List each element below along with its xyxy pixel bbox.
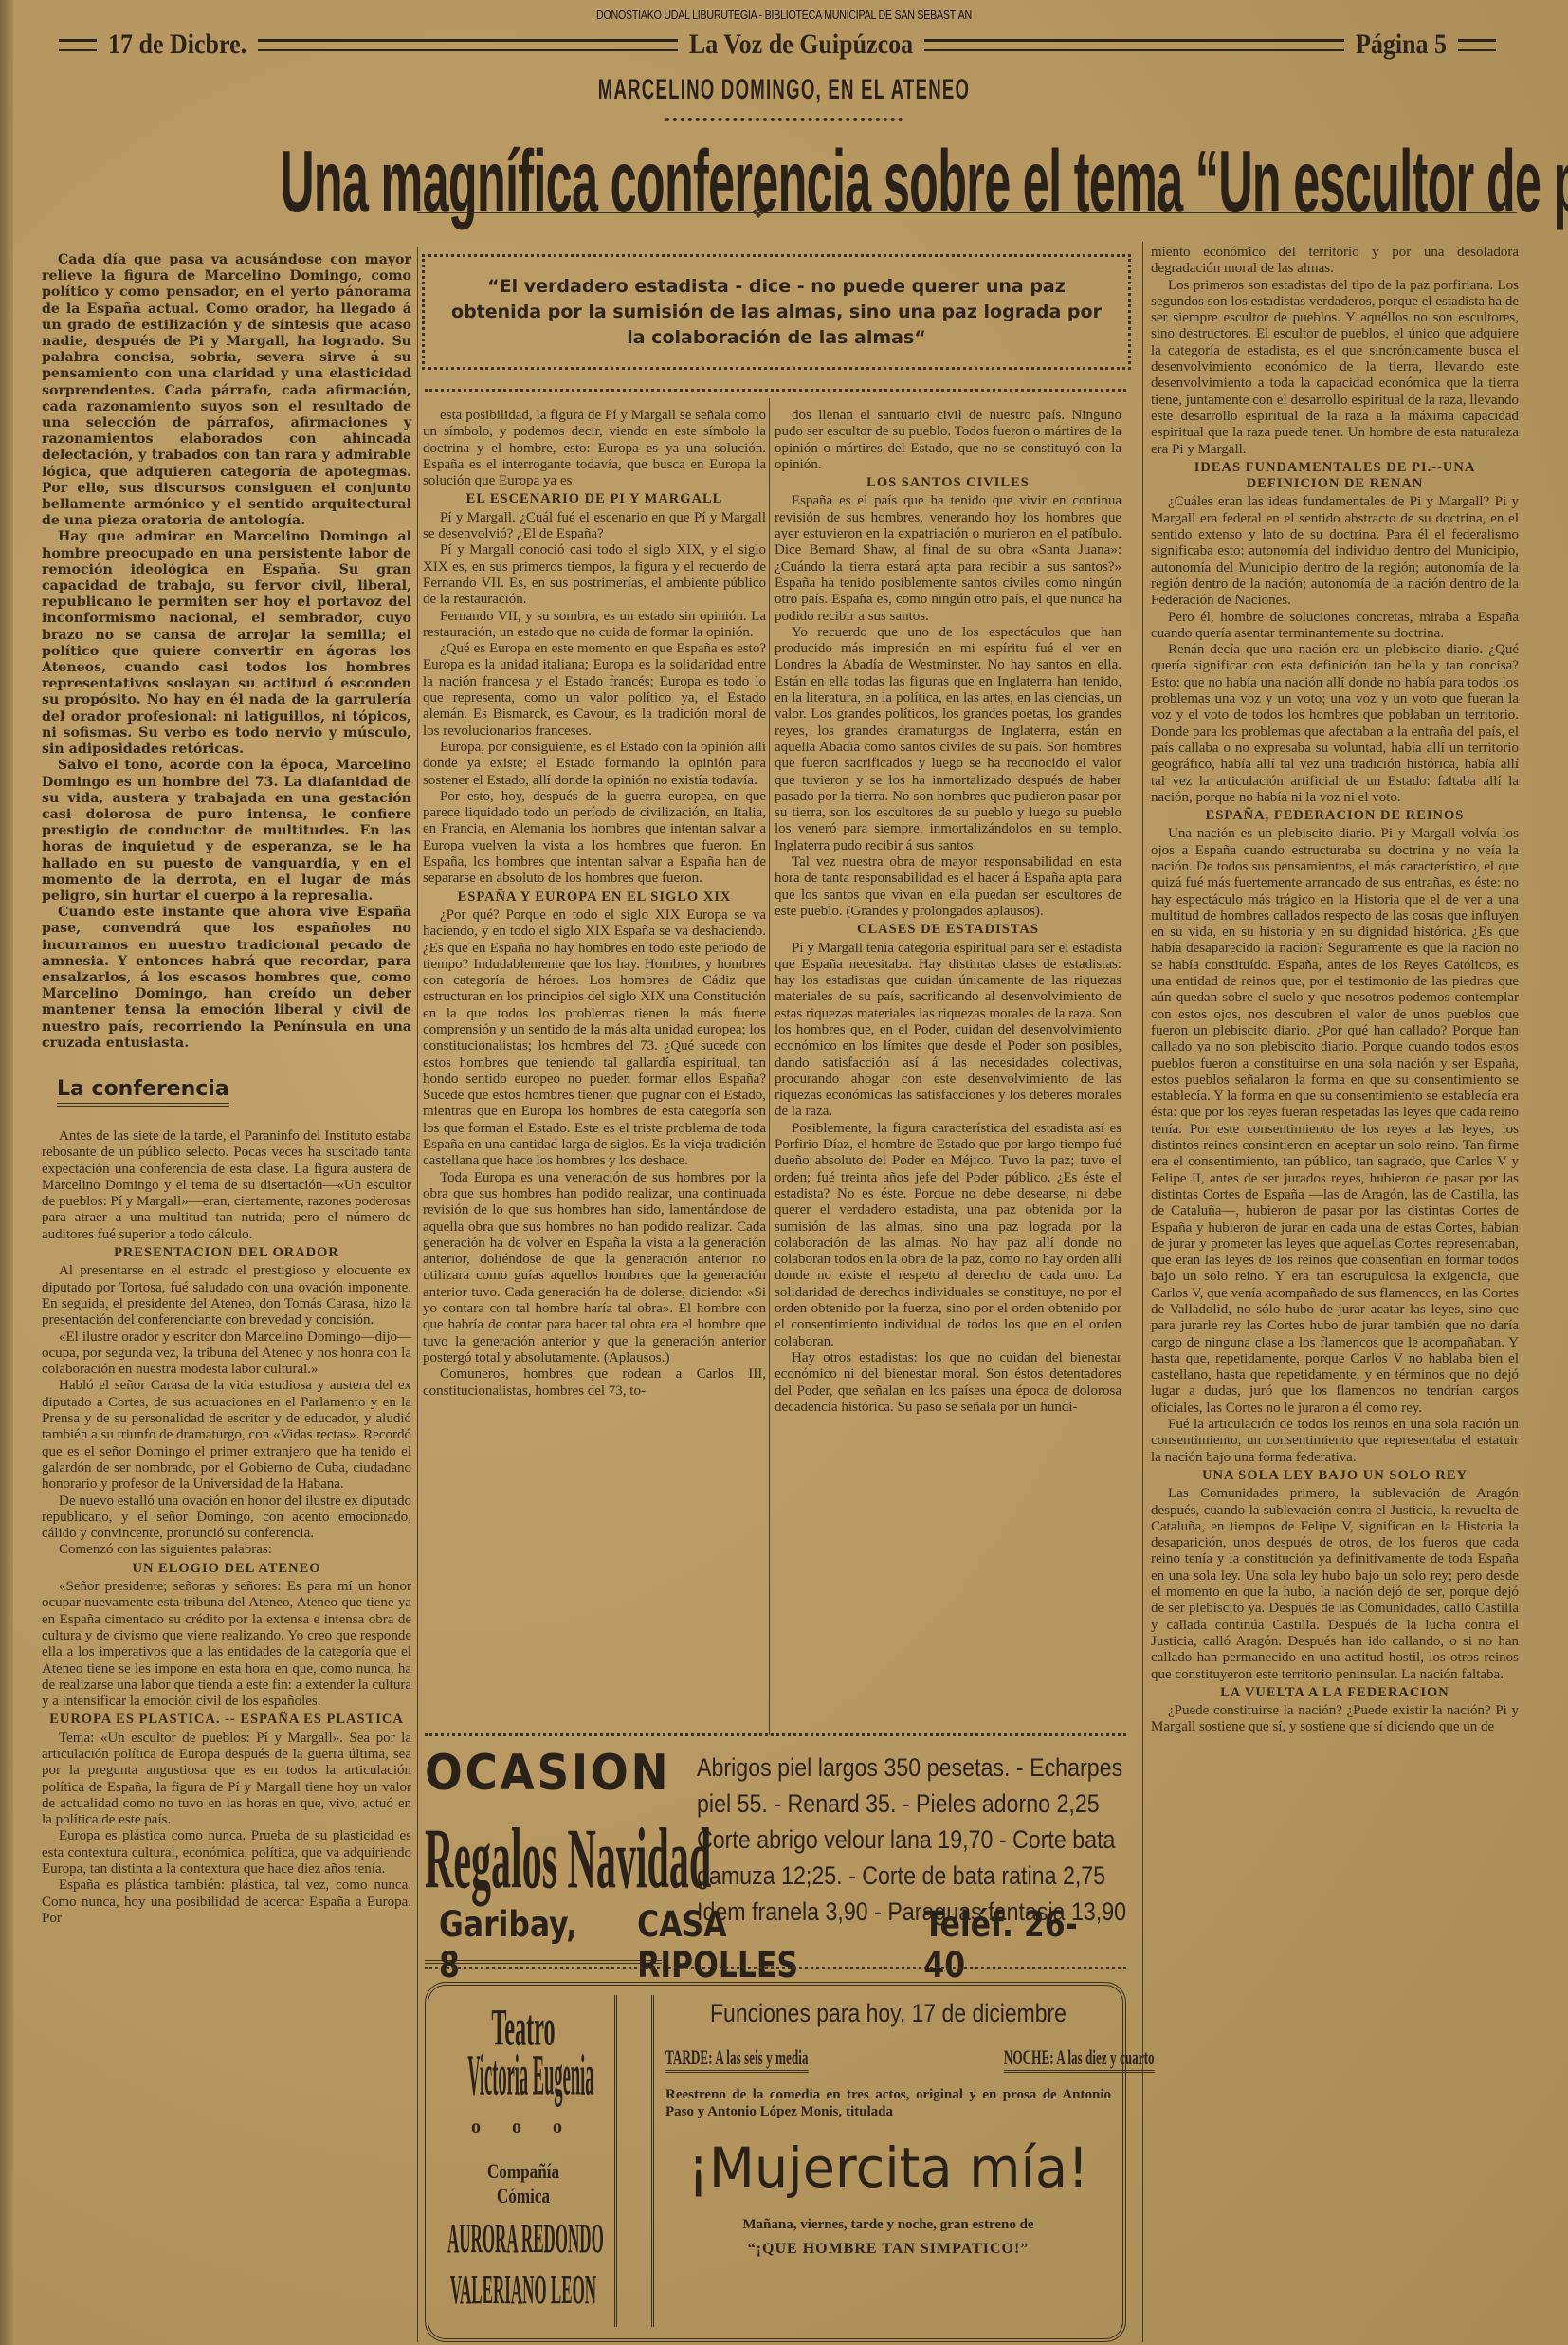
paragraph: Comuneros, hombres que rodean a Carlos I… [423, 1366, 766, 1400]
paragraph: España es plástica también: plástica, ta… [42, 1878, 411, 1927]
paragraph: «El ilustre orador y escritor don Marcel… [42, 1329, 411, 1379]
paragraph: ¿Puede constituirse la nación? ¿Puede ex… [1151, 1703, 1519, 1736]
masthead: 17 de Dicbre. La Voz de Guipúzcoa Página… [47, 30, 1507, 59]
paragraph: Posiblemente, la figura característica d… [775, 1121, 1121, 1350]
paragraph: Tema: «Un escultor de pueblos: Pí y Marg… [42, 1731, 411, 1829]
masthead-newspaper: La Voz de Guipúzcoa [689, 28, 913, 62]
paragraph: Habló el señor Carasa de la vida estudio… [42, 1378, 411, 1493]
ornament-icon: ❖ [751, 203, 766, 223]
pull-quote: “El verdadero estadista - dice - no pued… [422, 254, 1131, 370]
paragraph: miento económico del territorio y por un… [1151, 245, 1519, 278]
paragraph: ¿Cuáles eran las ideas fundamentales de … [1151, 494, 1519, 609]
actor-1: AURORA REDONDO [447, 2214, 599, 2266]
article-kicker: MARCELINO DOMINGO, EN EL ATENEO [298, 74, 1269, 106]
paragraph: dos llenan el santuario civil de nuestro… [775, 408, 1121, 473]
next-show: Mañana, viernes, tarde y noche, gran est… [665, 2217, 1111, 2233]
paragraph: Europa, por consiguiente, es el Estado c… [423, 740, 766, 789]
ornamental-divider [614, 1995, 654, 2327]
subheading: CLASES DE ESTADISTAS [775, 922, 1121, 938]
paragraph: De nuevo estalló una ovación en honor de… [42, 1493, 411, 1543]
kicker-rule [665, 118, 903, 121]
paragraph: Una nación es un plebiscito diario. Pi y… [1151, 826, 1519, 1417]
column-4: miento económico del territorio y por un… [1151, 245, 1519, 1736]
paragraph: Pí y Margall conoció casi todo el siglo … [423, 542, 766, 608]
subheading: ESPAÑA Y EUROPA EN EL SIGLO XIX [423, 889, 766, 906]
paragraph: ¿Qué es Europa en este momento en que Es… [423, 641, 766, 740]
paragraph: Hay que admirar en Marcelino Domingo al … [42, 529, 411, 758]
paragraph: Los primeros son estadistas del tipo de … [1151, 278, 1519, 458]
afternoon-time: TARDE: A las seis y media [665, 2045, 808, 2073]
theatre-ad: Teatro Victoria Eugenia o o o Compañía C… [425, 1982, 1126, 2342]
paragraph: Hay otros estadistas: los que no cuidan … [775, 1350, 1121, 1416]
headline-divider [417, 211, 1517, 213]
ad-price-list: Abrigos piel largos 350 pesetas. - Echar… [697, 1750, 1055, 1930]
subheading: ESPAÑA, FEDERACION DE REINOS [1151, 808, 1519, 824]
column-rule [769, 398, 770, 1735]
theatre-program: Funciones para hoy, 17 de diciembre TARD… [665, 1999, 1111, 2258]
showtimes: TARDE: A las seis y media NOCHE: A las d… [665, 2045, 1111, 2073]
column-3: dos llenan el santuario civil de nuestro… [775, 408, 1121, 1416]
masthead-date: 17 de Dicbre. [108, 28, 246, 62]
price-line: Corte abrigo velour lana 19,70 - Corte b… [697, 1822, 1055, 1858]
wavy-rule [425, 389, 1126, 397]
masthead-page: Página 5 [1356, 28, 1447, 62]
masthead-rule [924, 39, 1344, 51]
ad-regalos-subhead: Regalos Navidad [425, 1811, 573, 1910]
paragraph: Cada día que pasa va acusándose con mayo… [42, 252, 411, 529]
paragraph: Las Comunidades primero, la sublevación … [1151, 1486, 1519, 1683]
paragraph: Por esto, hoy, después de la guerra euro… [423, 789, 766, 888]
play-title: ¡Mujercita mía! [674, 2135, 1102, 2200]
functions-heading: Funciones para hoy, 17 de diciembre [699, 1999, 1078, 2028]
wavy-rule [425, 1967, 1126, 1975]
price-line: gamuza 12;25. - Corte de bata ratina 2,7… [697, 1858, 1055, 1894]
theatre-name: Victoria Eugenia [467, 2043, 579, 2109]
paragraph: ¿Por qué? Porque en todo el siglo XIX Eu… [423, 907, 766, 1170]
price-line: Abrigos piel largos 350 pesetas. - Echar… [697, 1750, 1055, 1786]
library-watermark: DONOSTIAKO UDAL LIBURUTEGIA - BIBLIOTECA… [141, 8, 1427, 22]
intro-column: Cada día que pasa va acusándose con mayo… [42, 252, 411, 1052]
masthead-rule [1458, 39, 1496, 51]
paragraph: Yo recuerdo que uno de los espectáculos … [775, 625, 1121, 854]
section-title: La conferencia [57, 1077, 229, 1107]
paragraph: Fué la articulación de todos los reinos … [1151, 1417, 1519, 1466]
paragraph: Fernando VII, y su sombra, es un estado … [423, 609, 766, 642]
column-2: esta posibilidad, la figura de Pí y Marg… [423, 408, 766, 1400]
ad-ocasion-headline: OCASION [425, 1745, 647, 1802]
paragraph: Cuando este instante que ahora vive Espa… [42, 905, 411, 1052]
subheading: UN ELOGIO DEL ATENEO [42, 1561, 411, 1577]
paragraph: Europa es plástica como nunca. Prueba de… [42, 1828, 411, 1878]
paragraph: Salvo el tono, acorde con la época, Marc… [42, 758, 411, 905]
paragraph: «Señor presidente; señoras y señores: Es… [42, 1579, 411, 1710]
subheading: EL ESCENARIO DE PI Y MARGALL [423, 491, 766, 507]
paragraph: Al presentarse en el estrado el prestigi… [42, 1263, 411, 1328]
paragraph: Antes de las siete de la tarde, el Paran… [42, 1128, 411, 1243]
price-line: piel 55. - Renard 35. - Pieles adorno 2,… [697, 1786, 1055, 1822]
ornament-circles-icon: o o o [447, 2116, 599, 2138]
subheading: PRESENTACION DEL ORADOR [42, 1245, 411, 1261]
paragraph: Pí y Margall tenía categoría espiritual … [775, 941, 1121, 1121]
night-time: NOCHE: A las diez y cuarto [1004, 2045, 1155, 2073]
subheading: LOS SANTOS CIVILES [775, 475, 1121, 491]
paragraph: Pero él, hombre de soluciones concretas,… [1151, 610, 1519, 643]
paragraph: Comenzó con las siguientes palabras: [42, 1542, 411, 1558]
paragraph: esta posibilidad, la figura de Pí y Marg… [423, 408, 766, 489]
masthead-rule [258, 39, 678, 51]
conferencia-column: Antes de las siete de la tarde, el Paran… [42, 1128, 411, 1927]
column-rule [417, 247, 418, 2342]
theatre-company: Compañía Cómica [465, 2159, 583, 2208]
column-rule [1142, 242, 1143, 2342]
paragraph: Renán decía que una nación era un plebis… [1151, 642, 1519, 806]
paragraph: España es el país que ha tenido que vivi… [775, 493, 1121, 624]
masthead-rule [59, 39, 97, 51]
subheading: IDEAS FUNDAMENTALES DE PI.--UNA DEFINICI… [1151, 460, 1519, 493]
page-edge [0, 0, 13, 2345]
actor-2: VALERIANO LEON [447, 2265, 599, 2318]
wavy-rule [425, 1733, 1126, 1742]
play-description: Reestreno de la comedia en tres actos, o… [665, 2086, 1111, 2120]
article-headline: Una magnífica conferencia sobre el tema … [280, 131, 1292, 231]
paragraph: Toda Europa es una veneración de sus hom… [423, 1170, 766, 1367]
subheading: EUROPA ES PLASTICA. -- ESPAÑA ES PLASTIC… [42, 1712, 411, 1728]
subheading: LA VUELTA A LA FEDERACION [1151, 1685, 1519, 1701]
subheading: UNA SOLA LEY BAJO UN SOLO REY [1151, 1468, 1519, 1484]
paragraph: Pí y Margall. ¿Cuál fué el escenario en … [423, 510, 766, 543]
paragraph: Tal vez nuestra obra de mayor responsabi… [775, 854, 1121, 920]
theatre-name-block: Teatro Victoria Eugenia o o o Compañía C… [447, 2005, 599, 2311]
next-show-title: “¡QUE HOMBRE TAN SIMPATICO!” [665, 2241, 1111, 2258]
